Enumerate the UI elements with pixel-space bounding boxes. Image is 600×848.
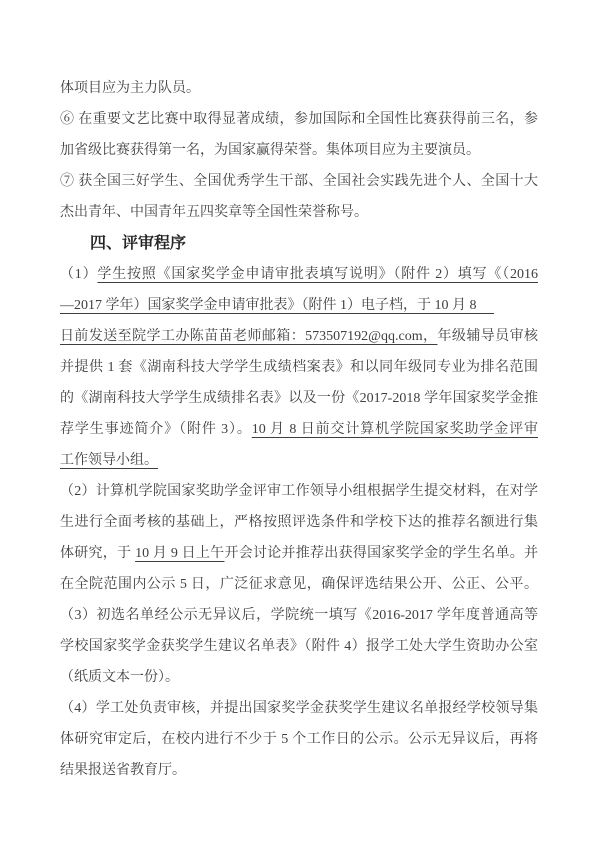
text-run: 生进行全面考核的基础上，严格按照评选条件和学校下达的推荐名额进行集 — [60, 515, 538, 530]
underlined-text-run: 学生按照《国家奖学金申请审批表填写说明》（附件 2）填写《（2016 — [97, 267, 538, 282]
text-run: ⑦ 获全国三好学生、全国优秀学生干部、全国社会实践先进个人、全国十大 — [60, 174, 538, 189]
text-line: （4）学工处负责审核，并提出国家奖学金获奖学生建议名单报经学校领导集 — [60, 693, 538, 724]
text-run: 体研究审定后，在校内进行不少于 5 个工作日的公示。公示无异议后，再将 — [60, 732, 538, 747]
text-line: （2）计算机学院国家奖助学金评审工作领导小组根据学生提交材料，在对学 — [60, 476, 538, 507]
text-line: 加省级比赛获得第一名，为国家赢得荣誉。集体项目应为主要演员。 — [60, 135, 538, 166]
text-line: 并提供 1 套《湖南科技大学学生成绩档案表》和以同年级同专业为排名范围 — [60, 352, 538, 383]
underlined-text-run: 10 月 8 日前交计算机学院国家奖助学金评审 — [252, 422, 538, 437]
text-line: （纸质文本一份）。 — [60, 662, 538, 693]
text-run: 年级辅导员审核 — [437, 329, 538, 344]
text-run: 在全院范围内公示 5 日，广泛征求意见，确保评选结果公开、公正、公平。 — [60, 577, 538, 592]
text-run: 并提供 1 套《湖南科技大学学生成绩档案表》和以同年级同专业为排名范围 — [60, 360, 538, 375]
text-run: 体项目应为主力队员。 — [60, 81, 200, 96]
document-content: 体项目应为主力队员。⑥ 在重要文艺比赛中取得显著成绩，参加国际和全国性比赛获得前… — [60, 73, 538, 786]
text-run: （2）计算机学院国家奖助学金评审工作领导小组根据学生提交材料，在对学 — [60, 484, 538, 499]
text-run: 体研究，于 — [60, 546, 135, 561]
text-run: （纸质文本一份）。 — [60, 670, 179, 685]
text-run: 开会讨论并推荐出获得国家奖学金的学生名单。并 — [224, 546, 538, 561]
text-run: （4）学工处负责审核，并提出国家奖学金获奖学生建议名单报经学校领导集 — [60, 701, 538, 716]
text-run: 结果报送省教育厅。 — [60, 763, 186, 778]
text-run: 加省级比赛获得第一名，为国家赢得荣誉。集体项目应为主要演员。 — [60, 143, 480, 158]
text-line: 的《湖南科技大学学生成绩排名表》以及一份《2017-2018 学年国家奖学金推 — [60, 383, 538, 414]
text-line: 在全院范围内公示 5 日，广泛征求意见，确保评选结果公开、公正、公平。 — [60, 569, 538, 600]
text-run: ⑥ 在重要文艺比赛中取得显著成绩，参加国际和全国性比赛获得前三名，参 — [60, 112, 538, 127]
text-run: 四、评审程序 — [90, 235, 186, 252]
text-line: 结果报送省教育厅。 — [60, 755, 538, 786]
section-heading: 四、评审程序 — [60, 228, 538, 259]
text-run: 学校国家奖学金获奖学生建议名单表》（附件 4）报学工处大学生资助办公室 — [60, 639, 538, 654]
text-run: 荐学生事迹简介》（附件 3）。 — [60, 422, 252, 437]
text-line: 体项目应为主力队员。 — [60, 73, 538, 104]
text-line: 日前发送至院学工办陈苗苗老师邮箱：573507192@qq.com，年级辅导员审… — [60, 321, 538, 352]
text-run: （3）初选名单经公示无异议后，学院统一填写《2016-2017 学年度普通高等 — [60, 608, 538, 623]
underlined-text-run: 工作领导小组。 — [60, 453, 158, 468]
text-line: —2017 学年）国家奖学金申请审批表》（附件 1）电子档，于 10 月 8 — [60, 290, 538, 321]
text-run: 杰出青年、中国青年五四奖章等全国性荣誉称号。 — [60, 205, 368, 220]
document-page: 体项目应为主力队员。⑥ 在重要文艺比赛中取得显著成绩，参加国际和全国性比赛获得前… — [0, 0, 600, 848]
text-line: （1）学生按照《国家奖学金申请审批表填写说明》（附件 2）填写《（2016 — [60, 259, 538, 290]
text-line: ⑦ 获全国三好学生、全国优秀学生干部、全国社会实践先进个人、全国十大 — [60, 166, 538, 197]
underlined-text-run — [477, 298, 495, 313]
text-line: 荐学生事迹简介》（附件 3）。10 月 8 日前交计算机学院国家奖助学金评审 — [60, 414, 538, 445]
text-run: 的《湖南科技大学学生成绩排名表》以及一份《2017-2018 学年国家奖学金推 — [60, 391, 538, 406]
underlined-text-run: 日前发送至院学工办陈苗苗老师邮箱：573507192@qq.com， — [60, 329, 437, 344]
text-line: 生进行全面考核的基础上，严格按照评选条件和学校下达的推荐名额进行集 — [60, 507, 538, 538]
text-run: （1） — [60, 267, 97, 282]
text-line: 杰出青年、中国青年五四奖章等全国性荣誉称号。 — [60, 197, 538, 228]
text-line: 工作领导小组。 — [60, 445, 538, 476]
text-line: 体研究审定后，在校内进行不少于 5 个工作日的公示。公示无异议后，再将 — [60, 724, 538, 755]
underlined-text-run: —2017 学年）国家奖学金申请审批表》（附件 1）电子档，于 10 月 8 — [60, 298, 477, 313]
text-line: （3）初选名单经公示无异议后，学院统一填写《2016-2017 学年度普通高等 — [60, 600, 538, 631]
text-line: 体研究，于 10 月 9 日上午开会讨论并推荐出获得国家奖学金的学生名单。并 — [60, 538, 538, 569]
text-line: 学校国家奖学金获奖学生建议名单表》（附件 4）报学工处大学生资助办公室 — [60, 631, 538, 662]
text-line: ⑥ 在重要文艺比赛中取得显著成绩，参加国际和全国性比赛获得前三名，参 — [60, 104, 538, 135]
underlined-text-run: 10 月 9 日上午 — [135, 546, 224, 561]
